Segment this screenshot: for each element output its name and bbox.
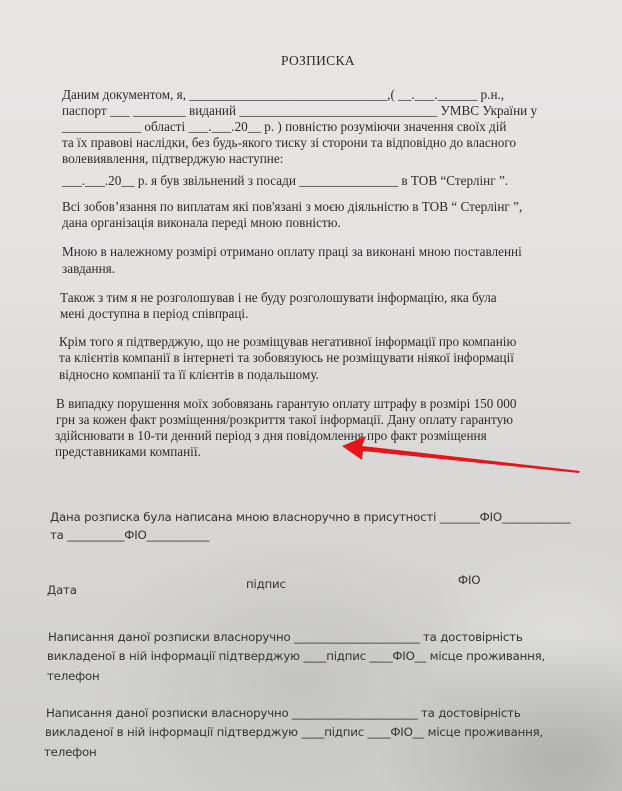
- red-arrow-annotation: [0, 0, 622, 791]
